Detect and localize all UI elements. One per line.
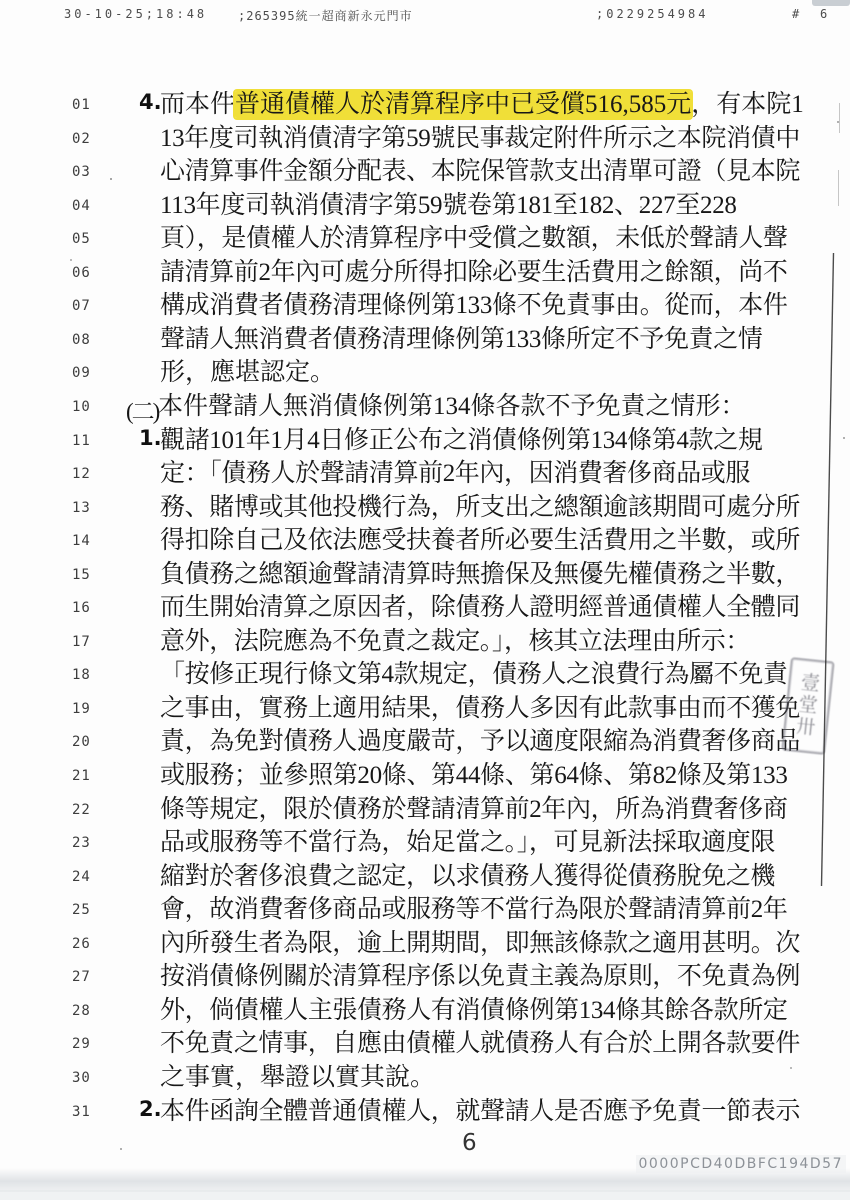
line-number: 16 [72,600,91,616]
text-line-row: 27按消債條例關於清算程序係以免責主義為原則，不免責為例 [0,960,850,994]
text-segment: 會，故消費奢侈商品或服務等不當行為限於聲請清算前2年 [160,896,788,923]
text-line-row: 30之事實，舉證以實其說。 [0,1061,850,1095]
line-number: 11 [72,433,91,449]
text-line: 觀諸101年1月4日修正公布之消債條例第134條第4款之規 [160,424,810,458]
text-line-row: 06請清算前2年內可處分所得扣除必要生活費用之餘額，尚不 [0,256,850,290]
text-segment: 得扣除自己及依法應受扶養者所必要生活費用之半數，或所 [160,527,800,554]
text-line: 而本件普通債權人於清算程序中已受償516,585元，有本院1 [160,88,810,122]
text-line: 內所發生者為限，逾上開期間，即無該條款之適用甚明。次 [160,927,810,961]
line-number: 25 [72,902,91,918]
seal-glyph: 堂 [797,694,818,718]
text-segment: 負債務之總額逾聲請清算時無擔保及無優先權債務之半數， [160,561,800,588]
scan-noise-dots [0,0,2,2]
text-segment: 責，為免對債務人過度嚴苛，予以適度限縮為消費奢侈商品 [160,728,800,755]
fax-sender-id: ;265395統一超商新永元門市 [238,7,413,24]
text-line: 13年度司執消債清字第59號民事裁定附件所示之本院消債中 [160,122,810,156]
text-line: 之事由，實務上適用結果，債務人多因有此款事由而不獲免 [160,692,810,726]
line-number: 03 [72,164,91,180]
text-line-row: 25會，故消費奢侈商品或服務等不當行為限於聲請清算前2年 [0,893,850,927]
text-line: 負債務之總額逾聲請清算時無擔保及無優先權債務之半數， [160,558,810,592]
text-line: 聲請人無消費者債務清理條例第133條所定不予免責之情 [160,323,810,357]
text-segment: 13年度司執消債清字第59號民事裁定附件所示之本院消債中 [160,125,800,152]
fax-phone-number: ;0229254984 [596,7,708,21]
text-segment: 縮對於奢侈浪費之認定，以求債務人獲得從債務脫免之機 [160,863,775,890]
list-marker: 4. [139,90,162,114]
text-line-row: 23品或服務等不當行為，始足當之。」，可見新法採取適度限 [0,826,850,860]
text-line-row: 09形，應堪認定。 [0,356,850,390]
text-line: 「按修正現行條文第4款規定，債務人之浪費行為屬不免責 [160,658,810,692]
text-segment: 本件函詢全體普通債權人，就聲請人是否應予免責一節表示 [160,1098,800,1125]
text-segment: 不免責之情事，自應由債權人就債務人有合於上開各款要件 [160,1030,800,1057]
text-line-row: 0213年度司執消債清字第59號民事裁定附件所示之本院消債中 [0,122,850,156]
text-line-row: 312.本件函詢全體普通債權人，就聲請人是否應予免責一節表示 [0,1095,850,1129]
text-line: 條等規定，限於債務於聲請清算前2年內，所為消費奢侈商 [160,793,810,827]
text-segment: 頁），是債權人於清算程序中受償之數額，未低於聲請人聲 [160,225,788,252]
text-line: 頁），是債權人於清算程序中受償之數額，未低於聲請人聲 [160,222,810,256]
text-line: 外，倘債權人主張債務人有消債條例第134條其餘各款所定 [160,994,810,1028]
text-line-row: 111.觀諸101年1月4日修正公布之消債條例第134條第4款之規 [0,424,850,458]
text-line: 意外，法院應為不免責之裁定。」，核其立法理由所示： [160,625,810,659]
text-line: 113年度司執消債清字第59號卷第181至182、227至228 [160,189,810,223]
text-line-row: 29不免責之情事，自應由債權人就債務人有合於上開各款要件 [0,1027,850,1061]
scan-edge-dash [839,103,840,133]
text-line-row: 03心清算事件金額分配表、本院保管款支出清單可證（見本院 [0,155,850,189]
text-segment: 條等規定，限於債務於聲請清算前2年內，所為消費奢侈商 [160,796,788,823]
line-number: 05 [72,231,91,247]
line-number: 21 [72,768,91,784]
text-line: 按消債條例關於清算程序係以免責主義為原則，不免責為例 [160,960,810,994]
text-line-row: 22條等規定，限於債務於聲請清算前2年內，所為消費奢侈商 [0,793,850,827]
line-number: 28 [72,1003,91,1019]
text-segment: 本件聲請人無消債條例第134條各款不予免責之情形： [158,393,746,420]
text-line: 心清算事件金額分配表、本院保管款支出清單可證（見本院 [160,155,810,189]
text-segment: 定：「債務人於聲請清算前2年內，因消費奢侈商品或服 [160,460,750,487]
text-line-row: 08聲請人無消費者債務清理條例第133條所定不予免責之情 [0,323,850,357]
text-line-row: 21或服務；並參照第20條、第44條、第64條、第82條及第133 [0,759,850,793]
text-segment: 務、賭博或其他投機行為，所支出之總額逾該期間可處分所 [160,494,800,521]
text-segment: 請清算前2年內可處分所得扣除必要生活費用之餘額，尚不 [160,259,788,286]
line-number: 06 [72,265,91,281]
scan-bottom-strip [0,1190,850,1200]
text-segment: 之事實，舉證以實其說。 [160,1064,435,1091]
text-line-row: 17意外，法院應為不免責之裁定。」，核其立法理由所示： [0,625,850,659]
text-segment: 意外，法院應為不免責之裁定。」，核其立法理由所示： [160,628,750,655]
text-line-row: 19之事由，實務上適用結果，債務人多因有此款事由而不獲免 [0,692,850,726]
line-number: 07 [72,298,91,314]
seal-glyph: 卅 [795,716,816,740]
text-line: 之事實，舉證以實其說。 [160,1061,810,1095]
text-segment: 形，應堪認定。 [160,359,335,386]
fax-page-hash: # [792,7,799,21]
text-line-row: 10(二)本件聲請人無消債條例第134條各款不予免責之情形： [0,390,850,424]
fax-page-count: 6 [820,7,827,21]
text-line-row: 014.而本件普通債權人於清算程序中已受償516,585元，有本院1 [0,88,850,122]
text-segment: 「按修正現行條文第4款規定，債務人之浪費行為屬不免責 [160,661,788,688]
text-line: 形，應堪認定。 [160,356,810,390]
line-number: 24 [72,869,91,885]
line-number: 04 [72,198,91,214]
list-marker: 1. [139,426,162,450]
text-line-row: 28外，倘債權人主張債務人有消債條例第134條其餘各款所定 [0,994,850,1028]
text-line-row: 05頁），是債權人於清算程序中受償之數額，未低於聲請人聲 [0,222,850,256]
text-line: 得扣除自己及依法應受扶養者所必要生活費用之半數，或所 [160,524,810,558]
fax-timestamp: 30-10-25;18:48 [64,7,207,21]
line-number: 12 [72,466,91,482]
highlighted-text: 普通債權人於清算程序中已受償516,585元 [235,91,691,118]
line-number: 19 [72,701,91,717]
line-number: 31 [72,1104,91,1120]
text-line-row: 04113年度司執消債清字第59號卷第181至182、227至228 [0,189,850,223]
line-number: 27 [72,969,91,985]
text-segment: 品或服務等不當行為，始足當之。」，可見新法採取適度限 [160,829,775,856]
line-number: 15 [72,567,91,583]
line-number: 17 [72,634,91,650]
scan-edge-dash [838,170,839,206]
text-line: 請清算前2年內可處分所得扣除必要生活費用之餘額，尚不 [160,256,810,290]
scan-corner-smudge [812,0,850,6]
page-number: 6 [462,1130,477,1156]
text-line: 責，為免對債務人過度嚴苛，予以適度限縮為消費奢侈商品 [160,725,810,759]
text-line-row: 24縮對於奢侈浪費之認定，以求債務人獲得從債務脫免之機 [0,860,850,894]
text-line-row: 20責，為免對債務人過度嚴苛，予以適度限縮為消費奢侈商品 [0,725,850,759]
text-line: 而生開始清算之原因者，除債務人證明經普通債權人全體同 [160,591,810,625]
text-segment: 而生開始清算之原因者，除債務人證明經普通債權人全體同 [160,594,800,621]
text-segment: 構成消費者債務清理條例第133條不免責事由。從而，本件 [160,292,788,319]
text-line: 縮對於奢侈浪費之認定，以求債務人獲得從債務脫免之機 [160,860,810,894]
text-line-row: 15負債務之總額逾聲請清算時無擔保及無優先權債務之半數， [0,558,850,592]
line-number: 30 [72,1070,91,1086]
document-code: 0000PCD40DBFC194D57 [636,1155,846,1173]
line-number: 01 [72,97,91,113]
fax-header: 30-10-25;18:48 ;265395統一超商新永元門市 ;0229254… [0,7,850,23]
list-marker: 2. [139,1097,162,1121]
line-number: 18 [72,667,91,683]
text-line: 不免責之情事，自應由債權人就債務人有合於上開各款要件 [160,1027,810,1061]
text-segment: 心清算事件金額分配表、本院保管款支出清單可證（見本院 [160,158,800,185]
text-line-row: 13務、賭博或其他投機行為，所支出之總額逾該期間可處分所 [0,491,850,525]
list-marker: (二) [126,393,158,426]
line-number: 10 [72,399,91,415]
text-segment: 或服務；並參照第20條、第44條、第64條、第82條及第133 [160,762,788,789]
text-segment: 聲請人無消費者債務清理條例第133條所定不予免責之情 [160,326,763,353]
scanned-court-document-page: 30-10-25;18:48 ;265395統一超商新永元門市 ;0229254… [0,0,850,1200]
text-segment: 113年度司執消債清字第59號卷第181至182、227至228 [160,192,737,219]
line-number: 22 [72,802,91,818]
text-line: 務、賭博或其他投機行為，所支出之總額逾該期間可處分所 [160,491,810,525]
text-segment: 內所發生者為限，逾上開期間，即無該條款之適用甚明。次 [160,930,800,957]
text-line: 構成消費者債務清理條例第133條不免責事由。從而，本件 [160,289,810,323]
text-segment: 觀諸101年1月4日修正公布之消債條例第134條第4款之規 [160,427,763,454]
text-line: 本件聲請人無消債條例第134條各款不予免責之情形： [158,390,808,424]
text-line-row: 12定：「債務人於聲請清算前2年內，因消費奢侈商品或服 [0,457,850,491]
text-line: 定：「債務人於聲請清算前2年內，因消費奢侈商品或服 [160,457,810,491]
line-number: 23 [72,835,91,851]
line-number: 14 [72,533,91,549]
text-line-row: 18「按修正現行條文第4款規定，債務人之浪費行為屬不免責 [0,658,850,692]
seal-glyph: 壹 [800,672,821,696]
text-line-row: 16而生開始清算之原因者，除債務人證明經普通債權人全體同 [0,591,850,625]
text-line: 品或服務等不當行為，始足當之。」，可見新法採取適度限 [160,826,810,860]
text-line-row: 07構成消費者債務清理條例第133條不免責事由。從而，本件 [0,289,850,323]
line-number: 20 [72,734,91,750]
text-line-row: 14得扣除自己及依法應受扶養者所必要生活費用之半數，或所 [0,524,850,558]
line-number: 13 [72,500,91,516]
text-line-row: 26內所發生者為限，逾上開期間，即無該條款之適用甚明。次 [0,927,850,961]
line-number: 02 [72,131,91,147]
text-line: 本件函詢全體普通債權人，就聲請人是否應予免責一節表示 [160,1095,810,1129]
line-number: 09 [72,365,91,381]
text-line: 或服務；並參照第20條、第44條、第64條、第82條及第133 [160,759,810,793]
line-number: 29 [72,1036,91,1052]
text-segment: 按消債條例關於清算程序係以免責主義為原則，不免責為例 [160,963,800,990]
line-number: 26 [72,936,91,952]
text-line: 會，故消費奢侈商品或服務等不當行為限於聲請清算前2年 [160,893,810,927]
text-segment: 之事由，實務上適用結果，債務人多因有此款事由而不獲免 [160,695,800,722]
text-segment: 而本件 [160,91,235,118]
text-segment: ，有本院1 [691,91,804,118]
text-segment: 外，倘債權人主張債務人有消債條例第134條其餘各款所定 [160,997,788,1024]
line-number: 08 [72,332,91,348]
